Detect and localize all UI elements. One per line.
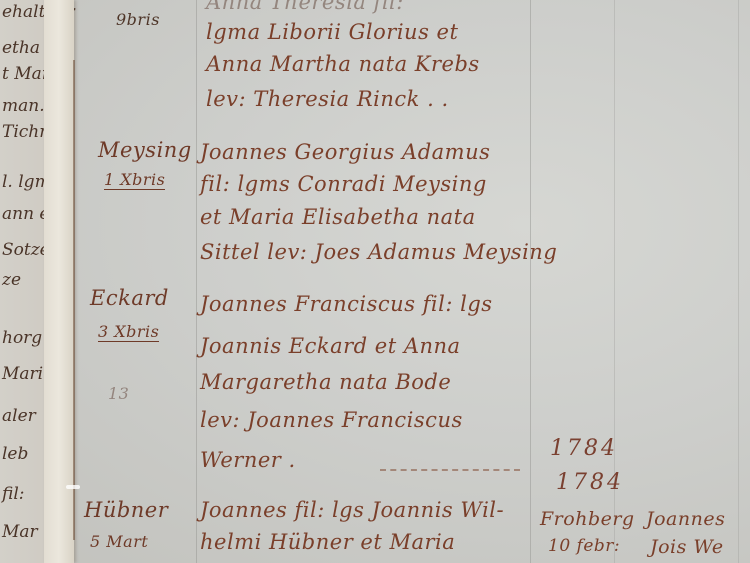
entry-line: et Maria Elisabetha nata	[200, 205, 476, 229]
column-rule	[196, 0, 197, 563]
column-rule	[530, 0, 531, 563]
left-fragment: leb	[2, 444, 28, 464]
entry-surname: Meysing	[98, 138, 192, 162]
entry-line: lgma Liborii Glorius et	[206, 20, 458, 44]
entry-line: Joannis Eckard et Anna	[200, 334, 461, 358]
year-heading: 1784	[556, 470, 624, 495]
entry-date: 5 Mart	[90, 532, 148, 551]
left-fragment: ze	[2, 270, 21, 290]
entry-line: Joannes Franciscus fil: lgs	[200, 292, 493, 316]
entry-line: Anna Martha nata Krebs	[206, 52, 480, 76]
column-rule	[738, 0, 739, 563]
year-heading: 1784	[550, 436, 618, 461]
entry-line: Sittel lev: Joes Adamus Meysing	[200, 240, 557, 264]
entry-line: lev: Joannes Franciscus	[200, 408, 463, 432]
entry-line: helmi Hübner et Maria	[200, 530, 455, 554]
entry-line: Jois We	[650, 536, 724, 558]
left-fragment: Sotze	[2, 240, 50, 260]
entry-note: 13	[108, 384, 129, 403]
entry-line: fil: lgms Conradi Meysing	[200, 172, 487, 196]
entry-date: 1 Xbris	[104, 170, 165, 190]
left-fragment: ann e	[2, 204, 50, 224]
entry-date: 9bris	[116, 10, 160, 29]
entry-surname: Frohberg	[540, 508, 635, 530]
entry-end-dashes	[380, 469, 520, 471]
entry-line: Joannes Georgius Adamus	[200, 140, 490, 164]
binding-edge	[73, 60, 75, 540]
register-page: ehalthar etha fil: t Maria man. Tichma l…	[0, 0, 750, 563]
entry-line: Margaretha nata Bode	[200, 370, 451, 394]
left-fragment: horg	[2, 328, 42, 348]
torn-paper-strip	[44, 0, 74, 563]
entry-date: 10 febr:	[548, 536, 620, 556]
entry-surname: Hübner	[84, 498, 168, 522]
left-fragment: man.	[2, 96, 45, 116]
left-fragment: fil:	[2, 484, 25, 504]
entry-surname: Eckard	[90, 286, 169, 310]
entry-date: 3 Xbris	[98, 322, 159, 342]
binding-stitch	[66, 485, 80, 489]
entry-line: lev: Theresia Rinck . .	[206, 87, 449, 111]
left-fragment: aler	[2, 406, 36, 426]
entry-line: Joannes fil: lgs Joannis Wil-	[200, 498, 504, 522]
left-fragment: Mar	[2, 522, 38, 542]
entry-line: Anna Theresia fil:	[206, 0, 404, 14]
entry-line: Joannes	[646, 508, 725, 530]
entry-line: Werner .	[200, 448, 296, 472]
left-fragment: Mari	[2, 364, 43, 384]
